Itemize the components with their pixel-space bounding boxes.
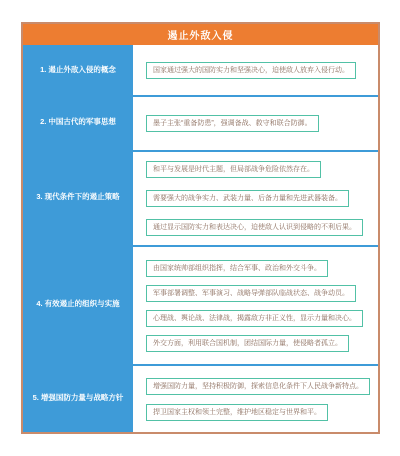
deterrence-summary-table: 遏止外敌入侵 1. 遏止外敌入侵的概念国家通过强大的国防实力和坚强决心，迫使敌人… (21, 22, 380, 434)
table-row: 4. 有效遏止的组织与实施由国家统帅部组织指挥，结合军事、政治和外交斗争。军事部… (23, 245, 378, 364)
detail-box: 由国家统帅部组织指挥，结合军事、政治和外交斗争。 (146, 260, 328, 277)
detail-box: 心理战、舆论战、法律战，揭露敌方非正义性，显示力量和决心。 (146, 310, 363, 327)
detail-box: 捍卫国家主权和领土完整，维护地区稳定与世界和平。 (146, 404, 328, 421)
table-row: 1. 遏止外敌入侵的概念国家通过强大的国防实力和坚强决心，迫使敌人放弃入侵行动。 (23, 45, 378, 95)
section-content: 由国家统帅部组织指挥，结合军事、政治和外交斗争。军事部署调整、军事演习、战略导弹… (133, 245, 378, 364)
detail-box: 国家通过强大的国防实力和坚强决心，迫使敌人放弃入侵行动。 (146, 62, 356, 79)
section-label: 2. 中国古代的军事思想 (23, 95, 133, 150)
table-body: 1. 遏止外敌入侵的概念国家通过强大的国防实力和坚强决心，迫使敌人放弃入侵行动。… (23, 45, 378, 432)
detail-box: 外交方面，利用联合国机制，团结国际力量，使侵略者孤立。 (146, 335, 349, 352)
table-row: 2. 中国古代的军事思想墨子主张“重备防患”，强调备战、救守和联合防御。 (23, 95, 378, 150)
detail-box: 需要强大的战争实力、武装力量、后备力量和先进武器装备。 (146, 190, 349, 207)
section-label: 5. 增强国防力量与战略方针 (23, 364, 133, 432)
detail-box: 墨子主张“重备防患”，强调备战、救守和联合防御。 (146, 115, 319, 132)
table-row: 5. 增强国防力量与战略方针增强国防力量，坚持积极防御，探索信息化条件下人民战争… (23, 364, 378, 432)
section-label: 4. 有效遏止的组织与实施 (23, 245, 133, 364)
table-row: 3. 现代条件下的遏止策略和平与发展是时代主题，但局部战争危险依然存在。需要强大… (23, 150, 378, 245)
section-content: 墨子主张“重备防患”，强调备战、救守和联合防御。 (133, 95, 378, 150)
detail-box: 通过显示国防实力和表达决心，迫使敌人认识到侵略的不利后果。 (146, 219, 363, 236)
detail-box: 军事部署调整、军事演习、战略导弹部队临战状态、战争动员。 (146, 285, 356, 302)
section-content: 和平与发展是时代主题，但局部战争危险依然存在。需要强大的战争实力、武装力量、后备… (133, 150, 378, 245)
table-title: 遏止外敌入侵 (23, 24, 378, 45)
detail-box: 增强国防力量，坚持积极防御，探索信息化条件下人民战争新特点。 (146, 378, 370, 395)
section-label: 3. 现代条件下的遏止策略 (23, 150, 133, 245)
section-content: 国家通过强大的国防实力和坚强决心，迫使敌人放弃入侵行动。 (133, 45, 378, 95)
section-label: 1. 遏止外敌入侵的概念 (23, 45, 133, 95)
section-content: 增强国防力量，坚持积极防御，探索信息化条件下人民战争新特点。捍卫国家主权和领土完… (133, 364, 378, 432)
detail-box: 和平与发展是时代主题，但局部战争危险依然存在。 (146, 161, 321, 178)
